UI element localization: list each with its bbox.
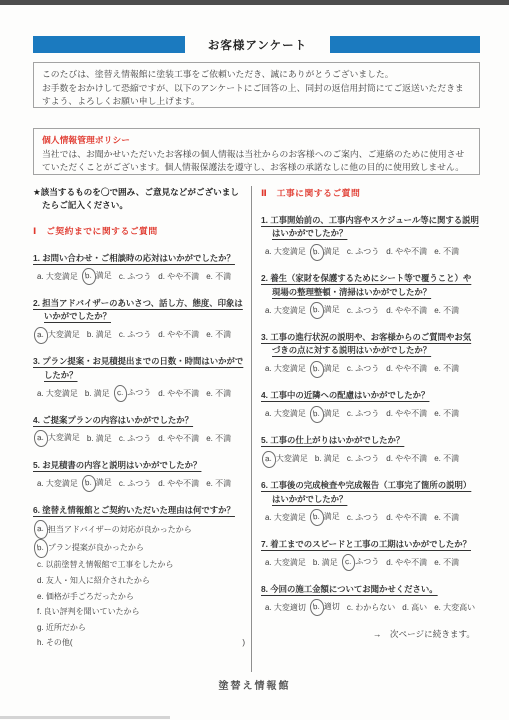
option-label: 適切 xyxy=(322,602,340,611)
option-letter: b. xyxy=(85,387,92,401)
option-a: a. 大変満足 xyxy=(265,511,306,525)
question: 2. 養生（家財を保護するためにシート等で覆うこと）や現場の整理整頓・清掃はいか… xyxy=(261,272,479,318)
option-c: c. ふつう xyxy=(119,328,151,342)
option-label: ふつう xyxy=(353,557,379,566)
question-options: a. 大変満足b. 満足c. ふつうd. やや不満e. 不満 xyxy=(33,385,245,402)
option-letter: b. xyxy=(313,556,320,570)
option-f: f. 良い評判を聞いていたから xyxy=(37,604,245,620)
option-b: b. 満足 xyxy=(313,509,340,526)
column-construction: Ⅱ 工事に関するご質問 1. 工事開始前の、工事内容やスケジュール等に関する説明… xyxy=(252,186,479,672)
option-label: 満足 xyxy=(92,389,110,398)
option-label: ふつう xyxy=(353,513,379,522)
question-options: a. 大変適切b. 適切c. わからないd. 高いe. 大変高い xyxy=(261,599,479,616)
option-label: 不満 xyxy=(441,558,459,567)
option-d: d. やや不満 xyxy=(386,452,427,466)
answer-circle: a. xyxy=(33,430,48,448)
answer-circle: b. xyxy=(81,268,96,286)
page-header: お客様アンケート xyxy=(33,36,480,53)
option-label: 満足 xyxy=(322,409,340,418)
option-letter: a. xyxy=(265,304,272,318)
option-label: 満足 xyxy=(94,478,112,487)
question-options: a. 大変満足b. 満足c. ふつうd. やや不満e. 不満 xyxy=(33,268,245,285)
option-a: a. 大変満足 xyxy=(37,327,80,344)
option-d: d. やや不満 xyxy=(386,556,427,570)
option-label: やや不満 xyxy=(393,513,427,522)
option-label: 不満 xyxy=(213,434,231,443)
page-title: お客様アンケート xyxy=(185,37,330,53)
option-h: h. その他() xyxy=(37,635,245,651)
option-e: e. 大変高い xyxy=(434,601,475,615)
option-label: やや不満 xyxy=(393,409,427,418)
option-letter: e. xyxy=(434,452,441,466)
option-letter: a. xyxy=(37,477,44,491)
option-label: 大変満足 xyxy=(272,364,306,373)
option-label: 不満 xyxy=(213,389,231,398)
option-c: c. ふつう xyxy=(345,554,379,571)
option-a: a. 大変適切 xyxy=(265,601,306,615)
option-label: ふつう xyxy=(353,454,379,463)
policy-body: 当社では、お聞かせいただいたお客様の個人情報は当社からのお客様へのご案内、ご連絡… xyxy=(42,148,471,175)
option-letter: b. xyxy=(315,452,322,466)
question: 3. 工事の進行状況の説明や、お客様からのご質問やお気づきの点に対する説明はいか… xyxy=(261,331,479,377)
option-label: ふつう xyxy=(353,306,379,315)
option-label: 満足 xyxy=(320,558,338,567)
header-bar-left xyxy=(33,36,185,53)
answer-circle: b. xyxy=(309,302,324,320)
option-c: c. ふつう xyxy=(119,432,151,446)
option-g: g. 近所だから xyxy=(37,620,245,636)
question: 3. プラン提案・お見積提出までの日数・時間はいかがでしたか？a. 大変満足b.… xyxy=(33,355,245,401)
option-letter: d. xyxy=(386,304,393,318)
option-a: a. 大変満足 xyxy=(37,430,80,447)
option-letter: e. xyxy=(206,477,213,491)
option-label: ふつう xyxy=(125,434,151,443)
option-label: 価格が手ごろだったから xyxy=(44,589,134,605)
question: 1. 工事開始前の、工事内容やスケジュール等に関する説明はいかがでしたか？a. … xyxy=(261,214,479,260)
option-a: a. 大変満足 xyxy=(37,387,78,401)
option-b: b. 満足 xyxy=(85,387,110,401)
option-letter: e. xyxy=(206,328,213,342)
question: 4. 工事中の近隣への配慮はいかがでしたか？a. 大変満足b. 満足c. ふつう… xyxy=(261,389,479,422)
option-letter: a. xyxy=(265,362,272,376)
option-label: ふつう xyxy=(353,364,379,373)
option-d: d. やや不満 xyxy=(158,432,199,446)
question-options: a. 大変満足b. 満足c. ふつうd. やや不満e. 不満 xyxy=(33,430,245,447)
contract-questions: 1. お問い合わせ・ご相談時の応対はいかがでしたか？a. 大変満足b. 満足c.… xyxy=(33,252,245,651)
option-d: d. やや不満 xyxy=(386,304,427,318)
option-letter: d. xyxy=(158,270,165,284)
intro-line-1: このたびは、塗替え情報館に塗装工事をご依頼いただき、誠にありがとうございました。 xyxy=(42,68,471,82)
question-title: 3. 工事の進行状況の説明や、お客様からのご質問やお気づきの点に対する説明はいか… xyxy=(261,331,479,358)
option-label: プラン提案が良かったから xyxy=(46,540,144,556)
answer-circle: b. xyxy=(81,475,96,493)
answer-circle: b. xyxy=(309,243,324,261)
option-letter: d. xyxy=(158,477,165,491)
question-title: 2. 担当アドバイザーのあいさつ、話し方、態度、印象はいかがでしたか？ xyxy=(33,297,245,324)
option-e: e. 不満 xyxy=(206,387,231,401)
question-options: a. 大変満足b. 満足c. ふつうd. やや不満e. 不満 xyxy=(261,361,479,378)
option-a: a. 大変満足 xyxy=(265,451,308,468)
option-e: e. 不満 xyxy=(434,407,459,421)
option-b: b. 満足 xyxy=(313,406,340,423)
option-label: 高い xyxy=(409,603,427,612)
option-b: b. 満足 xyxy=(313,361,340,378)
option-label: ふつう xyxy=(125,388,151,397)
policy-box: 個人情報管理ポリシー 当社では、お聞かせいただいたお客様の個人情報は当社からのお… xyxy=(33,128,480,175)
question-options: a. 大変満足b. 満足c. ふつうd. やや不満e. 不満 xyxy=(261,244,479,261)
question-options: a. 担当アドバイザーの対応が良かったからb. プラン提案が良かったからc. 以… xyxy=(33,520,245,651)
option-letter: a. xyxy=(37,270,44,284)
option-label: やや不満 xyxy=(393,454,427,463)
option-label: やや不満 xyxy=(165,479,199,488)
option-label: やや不満 xyxy=(393,306,427,315)
option-letter: d. xyxy=(386,362,393,376)
option-letter: a. xyxy=(265,407,272,421)
option-letter: a. xyxy=(265,511,272,525)
option-letter: e. xyxy=(434,362,441,376)
option-letter: d. xyxy=(158,432,165,446)
option-c: c. 以前塗替え情報館で工事をしたから xyxy=(37,557,245,573)
question-options: a. 大変満足b. 満足c. ふつうd. やや不満e. 不満 xyxy=(261,554,479,571)
question-title: 7. 着工までのスピードと工事の工期はいかがでしたか？ xyxy=(261,538,479,551)
option-label: 満足 xyxy=(322,247,340,256)
option-label: 大変満足 xyxy=(44,272,78,281)
option-e: e. 不満 xyxy=(434,362,459,376)
option-letter: d. xyxy=(386,407,393,421)
question-title: 6. 塗替え情報館とご契約いただいた理由は何ですか？ xyxy=(33,504,245,517)
question-title: 5. お見積書の内容と説明はいかがでしたか？ xyxy=(33,459,245,472)
question: 7. 着工までのスピードと工事の工期はいかがでしたか？a. 大変満足b. 満足c… xyxy=(261,538,479,571)
option-a: a. 大変満足 xyxy=(265,362,306,376)
option-label: ふつう xyxy=(125,330,151,339)
header-bar-right xyxy=(330,36,480,53)
option-label: わからない xyxy=(353,603,395,612)
section-heading-contract: Ⅰ ご契約までに関するご質問 xyxy=(33,224,245,237)
option-e: e. 不満 xyxy=(206,432,231,446)
option-label: やや不満 xyxy=(165,389,199,398)
question: 2. 担当アドバイザーのあいさつ、話し方、態度、印象はいかがでしたか？a. 大変… xyxy=(33,297,245,343)
option-letter: a. xyxy=(37,387,44,401)
section-heading-construction: Ⅱ 工事に関するご質問 xyxy=(261,186,479,199)
option-e: e. 不満 xyxy=(434,304,459,318)
option-d: d. やや不満 xyxy=(158,387,199,401)
option-d: d. やや不満 xyxy=(386,407,427,421)
option-letter: d. xyxy=(386,511,393,525)
column-contract: ★該当するものを〇で囲み、ご意見などがございましたらご記入ください。 Ⅰ ご契約… xyxy=(33,186,251,672)
option-label: 大変満足 xyxy=(272,409,306,418)
option-d: d. やや不満 xyxy=(158,328,199,342)
scan-edge-top xyxy=(0,0,509,5)
option-letter: a. xyxy=(265,601,272,615)
option-letter: b. xyxy=(87,328,94,342)
option-label: 大変満足 xyxy=(46,330,80,339)
option-letter: d. xyxy=(37,573,44,589)
option-c: c. ふつう xyxy=(347,362,379,376)
option-label: 友人・知人に紹介されたから xyxy=(44,573,150,589)
option-letter: a. xyxy=(265,556,272,570)
option-b: b. プラン提案が良かったから xyxy=(37,539,245,558)
option-letter: e. xyxy=(434,407,441,421)
option-letter: e. xyxy=(434,304,441,318)
option-label: 担当アドバイザーの対応が良かったから xyxy=(46,522,192,538)
option-label: 大変満足 xyxy=(272,513,306,522)
question-title: 4. ご提案プランの内容はいかがでしたか？ xyxy=(33,414,245,427)
option-c: c. ふつう xyxy=(347,245,379,259)
option-d: d. やや不満 xyxy=(158,477,199,491)
answer-circle: c. xyxy=(341,554,356,572)
option-a: a. 大変満足 xyxy=(265,407,306,421)
option-label: 大変適切 xyxy=(272,603,306,612)
option-label: 大変満足 xyxy=(274,454,308,463)
option-a: a. 大変満足 xyxy=(37,270,78,284)
option-a: a. 担当アドバイザーの対応が良かったから xyxy=(37,520,245,539)
instruction-note: ★該当するものを〇で囲み、ご意見などがございましたらご記入ください。 xyxy=(33,186,245,212)
option-label: 以前塗替え情報館で工事をしたから xyxy=(43,557,173,573)
option-e: e. 不満 xyxy=(206,270,231,284)
option-a: a. 大変満足 xyxy=(37,477,78,491)
option-label: 満足 xyxy=(322,364,340,373)
question-title: 8. 今回の施工金額についてお聞かせください。 xyxy=(261,583,479,596)
question-options: a. 大変満足b. 満足c. ふつうd. やや不満e. 不満 xyxy=(261,451,479,468)
option-label: 良い評判を聞いていたから xyxy=(41,604,139,620)
option-d: d. やや不満 xyxy=(158,270,199,284)
option-b: b. 満足 xyxy=(85,268,112,285)
option-a: a. 大変満足 xyxy=(265,304,306,318)
option-label: やや不満 xyxy=(165,434,199,443)
option-label: 満足 xyxy=(322,512,340,521)
option-c: c. ふつう xyxy=(347,407,379,421)
question-title: 5. 工事の仕上がりはいかがでしたか？ xyxy=(261,434,479,447)
scan-edge-bottom xyxy=(0,716,170,719)
answer-circle: b. xyxy=(309,405,324,423)
option-label: 大変満足 xyxy=(272,558,306,567)
option-e: e. 不満 xyxy=(434,452,459,466)
option-label: やや不満 xyxy=(393,247,427,256)
question-options: a. 大変満足b. 満足c. ふつうd. やや不満e. 不満 xyxy=(261,302,479,319)
option-d: d. 高い xyxy=(402,601,427,615)
option-label: 不満 xyxy=(441,364,459,373)
option-e: e. 不満 xyxy=(206,477,231,491)
option-label: ふつう xyxy=(125,272,151,281)
option-letter: d. xyxy=(386,245,393,259)
option-d: d. やや不満 xyxy=(386,362,427,376)
option-b: b. 適切 xyxy=(313,599,340,616)
option-label: 満足 xyxy=(322,454,340,463)
option-d: d. 友人・知人に紹介されたから xyxy=(37,573,245,589)
survey-sheet: お客様アンケート このたびは、塗替え情報館に塗装工事をご依頼いただき、誠にありが… xyxy=(0,0,509,720)
answer-circle: b. xyxy=(309,360,324,378)
option-letter: e. xyxy=(206,432,213,446)
option-label: 不満 xyxy=(213,272,231,281)
option-e: e. 不満 xyxy=(434,511,459,525)
option-a: a. 大変満足 xyxy=(265,245,306,259)
option-letter: h. xyxy=(37,635,44,651)
option-label: やや不満 xyxy=(393,558,427,567)
paren-close: ) xyxy=(242,635,245,651)
option-label: ふつう xyxy=(125,479,151,488)
question: 6. 塗替え情報館とご契約いただいた理由は何ですか？a. 担当アドバイザーの対応… xyxy=(33,504,245,651)
answer-circle: b. xyxy=(309,599,324,617)
intro-line-2: お手数をおかけして恐縮ですが、以下のアンケートにご回答の上、同封の返信用封筒にて… xyxy=(42,82,471,109)
option-label: 近所だから xyxy=(44,620,86,636)
option-c: c. わからない xyxy=(347,601,395,615)
option-d: d. やや不満 xyxy=(386,511,427,525)
option-label: 不満 xyxy=(213,479,231,488)
option-label: 不満 xyxy=(441,306,459,315)
option-b: b. 満足 xyxy=(313,556,338,570)
construction-questions: 1. 工事開始前の、工事内容やスケジュール等に関する説明はいかがでしたか？a. … xyxy=(261,214,479,616)
option-label: 大変満足 xyxy=(46,433,80,442)
option-b: b. 満足 xyxy=(313,302,340,319)
option-label: 不満 xyxy=(441,454,459,463)
option-e: e. 不満 xyxy=(434,556,459,570)
option-letter: e. xyxy=(434,601,441,615)
option-letter: d. xyxy=(402,601,409,615)
option-c: c. ふつう xyxy=(119,477,151,491)
answer-circle: a. xyxy=(261,450,276,468)
option-label: その他( xyxy=(44,635,73,651)
option-b: b. 満足 xyxy=(313,244,340,261)
option-letter: e. xyxy=(37,589,44,605)
question: 1. お問い合わせ・ご相談時の応対はいかがでしたか？a. 大変満足b. 満足c.… xyxy=(33,252,245,285)
option-label: 満足 xyxy=(94,271,112,280)
option-b: b. 満足 xyxy=(315,452,340,466)
question-title: 1. お問い合わせ・ご相談時の応対はいかがでしたか？ xyxy=(33,252,245,265)
option-letter: b. xyxy=(87,432,94,446)
option-letter: e. xyxy=(434,556,441,570)
question-title: 4. 工事中の近隣への配慮はいかがでしたか？ xyxy=(261,389,479,402)
option-letter: g. xyxy=(37,620,44,636)
question-options: a. 大変満足b. 満足c. ふつうd. やや不満e. 不満 xyxy=(261,406,479,423)
policy-title: 個人情報管理ポリシー xyxy=(42,134,471,148)
option-label: 満足 xyxy=(322,305,340,314)
option-c: c. ふつう xyxy=(347,452,379,466)
option-letter: d. xyxy=(386,452,393,466)
option-label: 不満 xyxy=(441,513,459,522)
option-label: やや不満 xyxy=(165,272,199,281)
option-letter: e. xyxy=(206,387,213,401)
option-e: e. 不満 xyxy=(206,328,231,342)
option-letter: d. xyxy=(158,387,165,401)
option-label: 大変高い xyxy=(441,603,475,612)
option-c: c. ふつう xyxy=(347,304,379,318)
question: 6. 工事後の完成検査や完成報告（工事完了箇所の説明）はいかがでしたか？a. 大… xyxy=(261,479,479,525)
question-title: 1. 工事開始前の、工事内容やスケジュール等に関する説明はいかがでしたか？ xyxy=(261,214,479,241)
question-options: a. 大変満足b. 満足c. ふつうd. やや不満e. 不満 xyxy=(261,509,479,526)
option-c: c. ふつう xyxy=(119,270,151,284)
question: 4. ご提案プランの内容はいかがでしたか？a. 大変満足b. 満足c. ふつうd… xyxy=(33,414,245,447)
option-label: 大変満足 xyxy=(44,479,78,488)
option-label: 満足 xyxy=(94,434,112,443)
option-letter: d. xyxy=(386,556,393,570)
option-label: 不満 xyxy=(441,409,459,418)
option-e: e. 不満 xyxy=(434,245,459,259)
option-label: 大変満足 xyxy=(272,247,306,256)
intro-box: このたびは、塗替え情報館に塗装工事をご依頼いただき、誠にありがとうございました。… xyxy=(33,62,480,108)
question: 5. 工事の仕上がりはいかがでしたか？a. 大変満足b. 満足c. ふつうd. … xyxy=(261,434,479,467)
option-label: 大変満足 xyxy=(272,306,306,315)
option-label: 不満 xyxy=(213,330,231,339)
option-letter: e. xyxy=(434,511,441,525)
option-label: 満足 xyxy=(94,330,112,339)
option-letter: d. xyxy=(158,328,165,342)
option-letter: e. xyxy=(434,245,441,259)
option-letter: a. xyxy=(265,245,272,259)
question-title: 2. 養生（家財を保護するためにシート等で覆うこと）や現場の整理整頓・清掃はいか… xyxy=(261,272,479,299)
option-label: ふつう xyxy=(353,247,379,256)
option-label: 不満 xyxy=(441,247,459,256)
option-c: c. ふつう xyxy=(347,511,379,525)
option-b: b. 満足 xyxy=(87,328,112,342)
question-options: a. 大変満足b. 満足c. ふつうd. やや不満e. 不満 xyxy=(33,475,245,492)
option-b: b. 満足 xyxy=(87,432,112,446)
next-page-note: → 次ページに続きます。 xyxy=(261,628,479,640)
question-title: 6. 工事後の完成検査や完成報告（工事完了箇所の説明）はいかがでしたか？ xyxy=(261,479,479,506)
footer-brand: 塗替え情報館 xyxy=(0,677,509,692)
question: 5. お見積書の内容と説明はいかがでしたか？a. 大変満足b. 満足c. ふつう… xyxy=(33,459,245,492)
option-b: b. 満足 xyxy=(85,475,112,492)
question-options: a. 大変満足b. 満足c. ふつうd. やや不満e. 不満 xyxy=(33,327,245,344)
option-d: d. やや不満 xyxy=(386,245,427,259)
question: 8. 今回の施工金額についてお聞かせください。a. 大変適切b. 適切c. わか… xyxy=(261,583,479,616)
option-label: ふつう xyxy=(353,409,379,418)
option-e: e. 価格が手ごろだったから xyxy=(37,589,245,605)
answer-circle: b. xyxy=(309,509,324,527)
option-label: 大変満足 xyxy=(44,389,78,398)
option-label: やや不満 xyxy=(393,364,427,373)
option-a: a. 大変満足 xyxy=(265,556,306,570)
option-c: c. ふつう xyxy=(117,385,151,402)
question-columns: ★該当するものを〇で囲み、ご意見などがございましたらご記入ください。 Ⅰ ご契約… xyxy=(33,186,480,672)
option-letter: e. xyxy=(206,270,213,284)
question-title: 3. プラン提案・お見積提出までの日数・時間はいかがでしたか？ xyxy=(33,355,245,382)
option-label: やや不満 xyxy=(165,330,199,339)
